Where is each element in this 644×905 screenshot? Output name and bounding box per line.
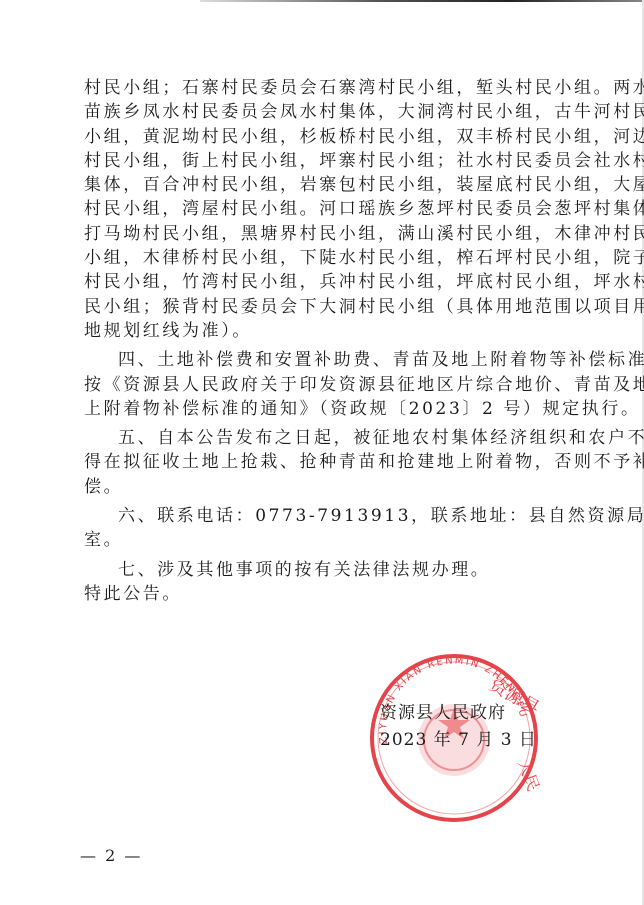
section-4-line: 上附着物补偿标准的通知》（资政规〔2023〕2 号）规定执行。 — [84, 397, 584, 421]
paragraph-line: 村民小组，竹湾村民小组，兵冲村民小组，坪底村民小组，坪水村 — [84, 270, 584, 294]
paragraph-line: 民小组；猴背村民委员会下大洞村民小组（具体用地范围以项目用 — [84, 295, 584, 319]
signature-block: 资源县人民政府 2023 年 7 月 3 日 — [380, 700, 537, 754]
paragraph-line: 小组，木律桥村民小组，下陡水村民小组，榨石坪村民小组，院子 — [84, 246, 584, 270]
issue-date: 2023 年 7 月 3 日 — [380, 727, 537, 754]
document-body: 村民小组；石寨村民委员会石寨湾村民小组，堑头村民小组。两水 苗族乡凤水村民委员会… — [84, 76, 584, 606]
issuer-name: 资源县人民政府 — [380, 700, 537, 727]
paragraph-line: 打马坳村民小组，黑塘界村民小组，满山溪村民小组，木律冲村民 — [84, 222, 584, 246]
paragraph-line: 集体，百合冲村民小组，岩寨包村民小组，装屋底村民小组，大屋 — [84, 173, 584, 197]
scan-edge-shadow — [200, 0, 644, 2]
section-6-line: 室。 — [84, 528, 584, 552]
paragraph-line: 地规划红线为准）。 — [84, 319, 584, 343]
closing-line: 特此公告。 — [84, 582, 584, 606]
section-5-line: 五、自本公告发布之日起，被征地农村集体经济组织和农户不 — [84, 426, 584, 450]
section-5-line: 得在拟征收土地上抢栽、抢种青苗和抢建地上附着物，否则不予补 — [84, 450, 584, 474]
paragraph-line: 苗族乡凤水村民委员会凤水村集体，大洞湾村民小组，古牛河村民 — [84, 100, 584, 124]
page-number: — 2 — — [80, 846, 142, 865]
paragraph-line: 小组，黄泥坳村民小组，杉板桥村民小组，双丰桥村民小组，河边 — [84, 125, 584, 149]
paragraph-line: 村民小组；石寨村民委员会石寨湾村民小组，堑头村民小组。两水 — [84, 76, 584, 100]
paragraph-line: 村民小组，湾屋村民小组。河口瑶族乡葱坪村民委员会葱坪村集体， — [84, 197, 584, 221]
section-4-line: 按《资源县人民政府关于印发资源县征地区片综合地价、青苗及地 — [84, 373, 584, 397]
paragraph-line: 村民小组，街上村民小组，坪寨村民小组；社水村民委员会社水村 — [84, 149, 584, 173]
section-5-line: 偿。 — [84, 475, 584, 499]
section-6-line: 六、联系电话：0773-7913913，联系地址：县自然资源局 512 — [84, 504, 584, 528]
section-4-line: 四、土地补偿费和安置补助费、青苗及地上附着物等补偿标准 — [84, 348, 584, 372]
section-7-line: 七、涉及其他事项的按有关法律法规办理。 — [84, 558, 584, 582]
